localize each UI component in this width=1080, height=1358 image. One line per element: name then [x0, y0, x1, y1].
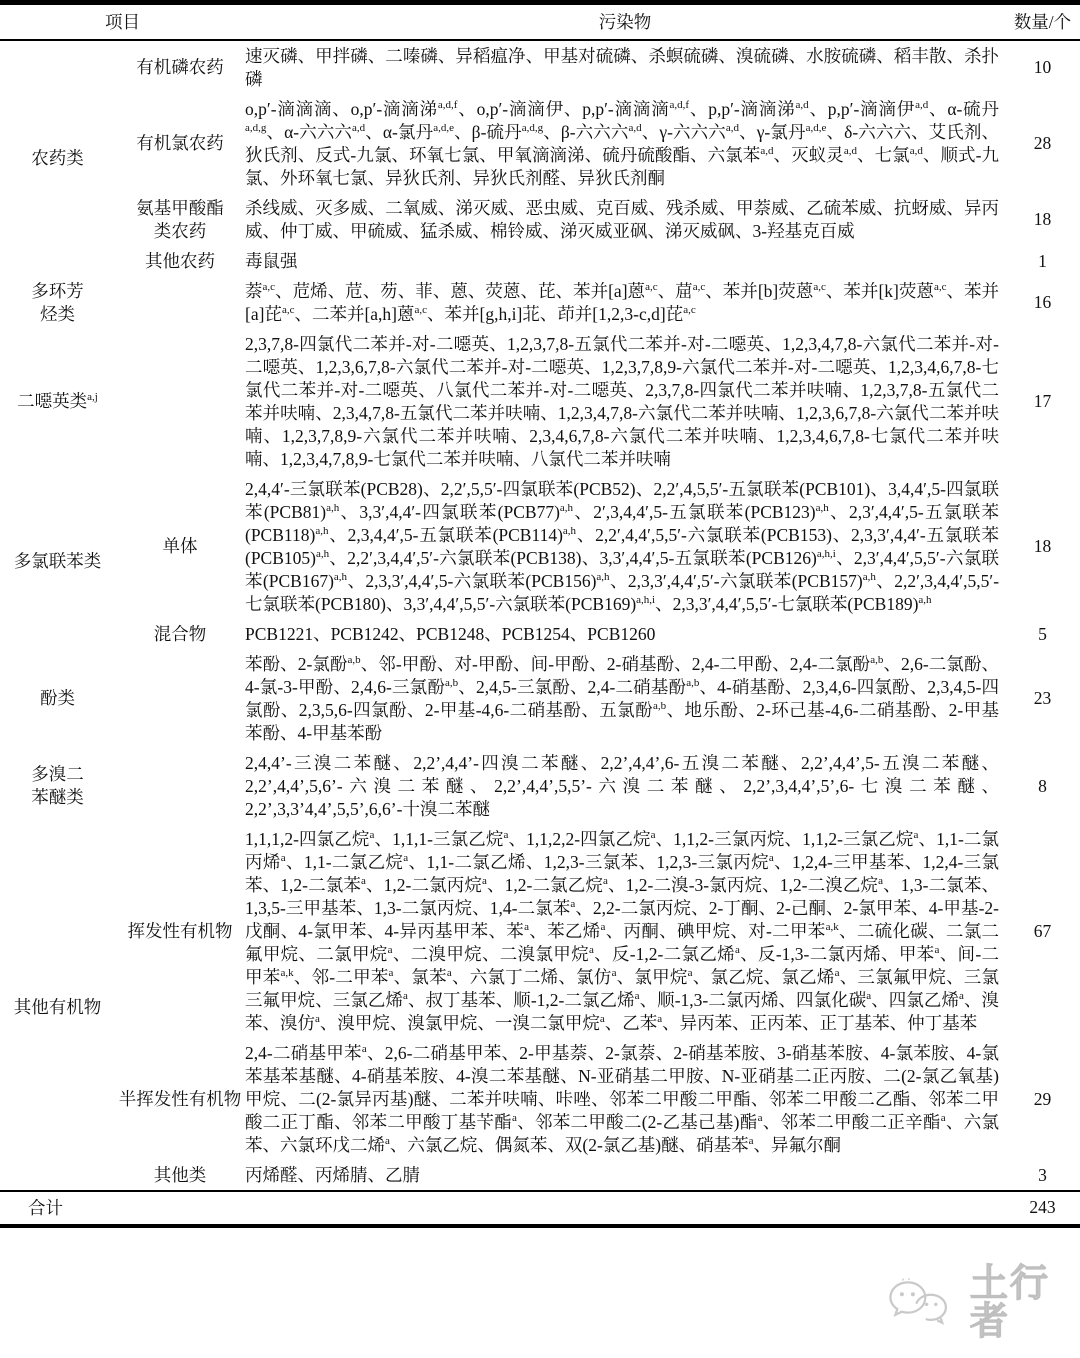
- count-cell: 18: [1005, 193, 1080, 246]
- row-phenols: 酚类 苯酚、2-氯酚a,b、邻-甲酚、对-甲酚、间-甲酚、2-硝基酚、2,4-二…: [0, 649, 1080, 748]
- header-pollutant: 污染物: [245, 3, 1005, 41]
- subcategory-empty: [115, 276, 245, 329]
- pollutant-list: 2,4,4′-三氯联苯(PCB28)、2,2′,5,5′-四氯联苯(PCB52)…: [245, 474, 1005, 619]
- row-organochlorine-pesticides: 有机氯农药 o,p′-滴滴滴、o,p′-滴滴涕a,d,f、o,p′-滴滴伊、p,…: [0, 94, 1080, 193]
- count-cell: 67: [1005, 824, 1080, 1038]
- count-cell: 29: [1005, 1038, 1080, 1160]
- subcategory-svocs: 半挥发性有机物: [115, 1038, 245, 1160]
- row-organophosphorus-pesticides: 农药类 有机磷农药 速灭磷、甲拌磷、二嗪磷、异稻瘟净、甲基对硫磷、杀螟硫磷、溴硫…: [0, 40, 1080, 94]
- subcategory-organochlorine: 有机氯农药: [115, 94, 245, 193]
- pollutant-list: o,p′-滴滴滴、o,p′-滴滴涕a,d,f、o,p′-滴滴伊、p,p′-滴滴滴…: [245, 94, 1005, 193]
- row-svocs: 半挥发性有机物 2,4-二硝基甲苯a、2,6-二硝基甲苯、2-甲基萘、2-氯萘、…: [0, 1038, 1080, 1160]
- count-cell: 17: [1005, 329, 1080, 474]
- row-pcb-mixtures: 混合物 PCB1221、PCB1242、PCB1248、PCB1254、PCB1…: [0, 619, 1080, 649]
- pollutant-list: 毒鼠强: [245, 246, 1005, 276]
- row-vocs: 其他有机物 挥发性有机物 1,1,1,2-四氯乙烷a、1,1,1-三氯乙烷a、1…: [0, 824, 1080, 1038]
- row-pbdes: 多溴二 苯醚类 2,4,4’-三溴二苯醚、2,2’,4,4’-四溴二苯醚、2,2…: [0, 748, 1080, 824]
- count-cell: 28: [1005, 94, 1080, 193]
- wechat-watermark: 土行者: [884, 1276, 1080, 1330]
- total-row: 合计 243: [0, 1191, 1080, 1226]
- pollutant-list: 2,4,4’-三溴二苯醚、2,2’,4,4’-四溴二苯醚、2,2’,4,4’,6…: [245, 748, 1005, 824]
- subcategory-organophosphorus: 有机磷农药: [115, 40, 245, 94]
- pollutant-table-page: 项目 污染物 数量/个 农药类 有机磷农药 速灭磷、甲拌磷、二嗪磷、异稻瘟净、甲…: [0, 0, 1080, 1358]
- watermark-text: 土行者: [970, 1265, 1080, 1341]
- pollutant-table: 项目 污染物 数量/个 农药类 有机磷农药 速灭磷、甲拌磷、二嗪磷、异稻瘟净、甲…: [0, 0, 1080, 1228]
- category-pesticides: 农药类: [0, 40, 115, 276]
- row-dioxins: 二噁英类a,j 2,3,7,8-四氯代二苯并-对-二噁英、1,2,3,7,8-五…: [0, 329, 1080, 474]
- count-cell: 5: [1005, 619, 1080, 649]
- total-label: 合计: [0, 1191, 1005, 1226]
- wechat-logo-icon: [884, 1276, 963, 1330]
- pollutant-list: 1,1,1,2-四氯乙烷a、1,1,1-三氯乙烷a、1,1,2,2-四氯乙烷a、…: [245, 824, 1005, 1038]
- row-pahs: 多环芳 烃类 萘a,c、苊烯、苊、芴、菲、蒽、荧蒽、芘、苯并[a]蒽a,c、䓛a…: [0, 276, 1080, 329]
- subcategory-monomer: 单体: [115, 474, 245, 619]
- category-other-organics: 其他有机物: [0, 824, 115, 1191]
- count-cell: 3: [1005, 1160, 1080, 1191]
- total-value: 243: [1005, 1191, 1080, 1226]
- category-pcbs: 多氯联苯类: [0, 474, 115, 649]
- row-carbamate-pesticides: 氨基甲酸酯 类农药 杀线威、灭多威、二氧威、涕灭威、恶虫威、克百威、残杀威、甲萘…: [0, 193, 1080, 246]
- row-other-pesticides: 其他农药 毒鼠强 1: [0, 246, 1080, 276]
- pollutant-list: 萘a,c、苊烯、苊、芴、菲、蒽、荧蒽、芘、苯并[a]蒽a,c、䓛a,c、苯并[b…: [245, 276, 1005, 329]
- subcategory-vocs: 挥发性有机物: [115, 824, 245, 1038]
- category-dioxins: 二噁英类a,j: [0, 329, 115, 474]
- pollutant-list: 苯酚、2-氯酚a,b、邻-甲酚、对-甲酚、间-甲酚、2-硝基酚、2,4-二甲酚、…: [245, 649, 1005, 748]
- count-cell: 10: [1005, 40, 1080, 94]
- count-cell: 8: [1005, 748, 1080, 824]
- pollutant-list: 速灭磷、甲拌磷、二嗪磷、异稻瘟净、甲基对硫磷、杀螟硫磷、溴硫磷、水胺硫磷、稻丰散…: [245, 40, 1005, 94]
- count-cell: 23: [1005, 649, 1080, 748]
- pollutant-list: 2,4-二硝基甲苯a、2,6-二硝基甲苯、2-甲基萘、2-氯萘、2-硝基苯胺、3…: [245, 1038, 1005, 1160]
- count-cell: 16: [1005, 276, 1080, 329]
- category-phenols: 酚类: [0, 649, 115, 748]
- pollutant-list: 2,3,7,8-四氯代二苯并-对-二噁英、1,2,3,7,8-五氯代二苯并-对-…: [245, 329, 1005, 474]
- subcategory-other-pesticides: 其他农药: [115, 246, 245, 276]
- count-cell: 18: [1005, 474, 1080, 619]
- subcategory-empty: [115, 748, 245, 824]
- subcategory-empty: [115, 649, 245, 748]
- category-pahs: 多环芳 烃类: [0, 276, 115, 329]
- subcategory-empty: [115, 329, 245, 474]
- subcategory-mixture: 混合物: [115, 619, 245, 649]
- count-cell: 1: [1005, 246, 1080, 276]
- pollutant-list: 杀线威、灭多威、二氧威、涕灭威、恶虫威、克百威、残杀威、甲萘威、乙硫苯威、抗蚜威…: [245, 193, 1005, 246]
- category-pbdes: 多溴二 苯醚类: [0, 748, 115, 824]
- subcategory-other: 其他类: [115, 1160, 245, 1191]
- pollutant-list: 丙烯醛、丙烯腈、乙腈: [245, 1160, 1005, 1191]
- header-count: 数量/个: [1005, 3, 1080, 41]
- subcategory-carbamate: 氨基甲酸酯 类农药: [115, 193, 245, 246]
- pollutant-list: PCB1221、PCB1242、PCB1248、PCB1254、PCB1260: [245, 619, 1005, 649]
- header-row: 项目 污染物 数量/个: [0, 3, 1080, 41]
- header-item: 项目: [0, 3, 245, 41]
- row-pcb-monomers: 多氯联苯类 单体 2,4,4′-三氯联苯(PCB28)、2,2′,5,5′-四氯…: [0, 474, 1080, 619]
- row-other-organics: 其他类 丙烯醛、丙烯腈、乙腈 3: [0, 1160, 1080, 1191]
